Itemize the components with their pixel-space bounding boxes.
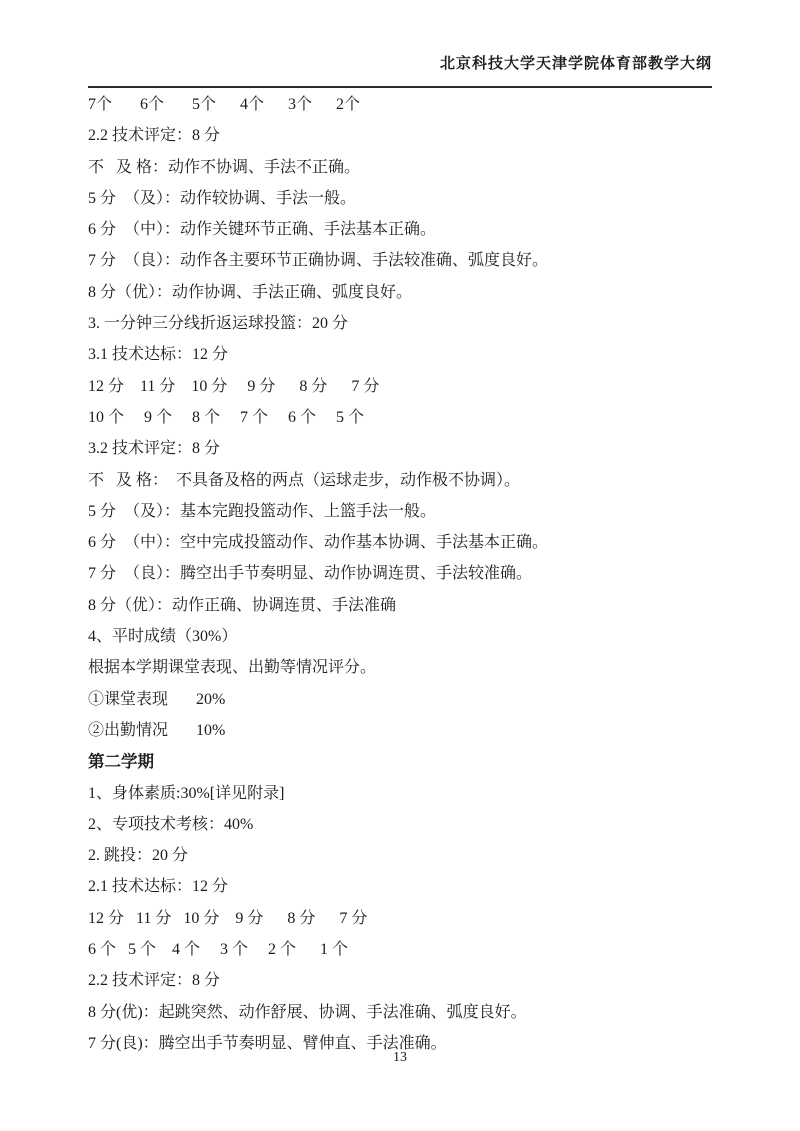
document-line: 2、专项技术考核：40% (88, 809, 730, 840)
document-line: 10 个 9 个 8 个 7 个 6 个 5 个 (88, 402, 730, 433)
document-line: 3.2 技术评定：8 分 (88, 433, 730, 464)
document-line: 7个 6个 5个 4个 3个 2个 (88, 89, 730, 120)
document-line: 3.1 技术达标：12 分 (88, 339, 730, 370)
document-line: 2.1 技术达标：12 分 (88, 871, 730, 902)
header-rule (88, 86, 712, 88)
document-line: 8 分(优)：起跳突然、动作舒展、协调、手法准确、弧度良好。 (88, 997, 730, 1028)
document-line: 12 分 11 分 10 分 9 分 8 分 7 分 (88, 903, 730, 934)
document-body: 7个 6个 5个 4个 3个 2个2.2 技术评定：8 分不 及 格：动作不协调… (88, 89, 730, 1059)
document-line: 8 分（优）：动作正确、协调连贯、手法准确 (88, 590, 730, 621)
document-line: 6 分 （中）：动作关键环节正确、手法基本正确。 (88, 214, 730, 245)
document-line: 3. 一分钟三分线折返运球投篮：20 分 (88, 308, 730, 339)
document-line: 6 个 5 个 4 个 3 个 2 个 1 个 (88, 934, 730, 965)
document-line: 4、平时成绩（30%） (88, 621, 730, 652)
document-line: 第二学期 (88, 746, 730, 777)
document-line: 6 分 （中）：空中完成投篮动作、动作基本协调、手法基本正确。 (88, 527, 730, 558)
document-page: 北京科技大学天津学院体育部教学大纲 7个 6个 5个 4个 3个 2个2.2 技… (0, 0, 800, 1131)
document-line: 7 分 （良）：动作各主要环节正确协调、手法较准确、弧度良好。 (88, 245, 730, 276)
document-line: 不 及 格： 不具备及格的两点（运球走步，动作极不协调）。 (88, 465, 730, 496)
document-line: 5 分 （及）：基本完跑投篮动作、上篮手法一般。 (88, 496, 730, 527)
page-number: 13 (0, 1050, 800, 1066)
document-line: 根据本学期课堂表现、出勤等情况评分。 (88, 652, 730, 683)
document-line: 8 分（优）：动作协调、手法正确、弧度良好。 (88, 277, 730, 308)
document-line: ①课堂表现 20% (88, 684, 730, 715)
document-line: 不 及 格：动作不协调、手法不正确。 (88, 152, 730, 183)
document-line: 2. 跳投：20 分 (88, 840, 730, 871)
page-header-title: 北京科技大学天津学院体育部教学大纲 (88, 52, 712, 73)
document-line: 1、身体素质:30%[详见附录] (88, 778, 730, 809)
document-line: 2.2 技术评定：8 分 (88, 965, 730, 996)
document-line: 2.2 技术评定：8 分 (88, 120, 730, 151)
document-line: 5 分 （及）：动作较协调、手法一般。 (88, 183, 730, 214)
document-line: 7 分 （良）：腾空出手节奏明显、动作协调连贯、手法较准确。 (88, 558, 730, 589)
document-line: 12 分 11 分 10 分 9 分 8 分 7 分 (88, 371, 730, 402)
document-line: ②出勤情况 10% (88, 715, 730, 746)
